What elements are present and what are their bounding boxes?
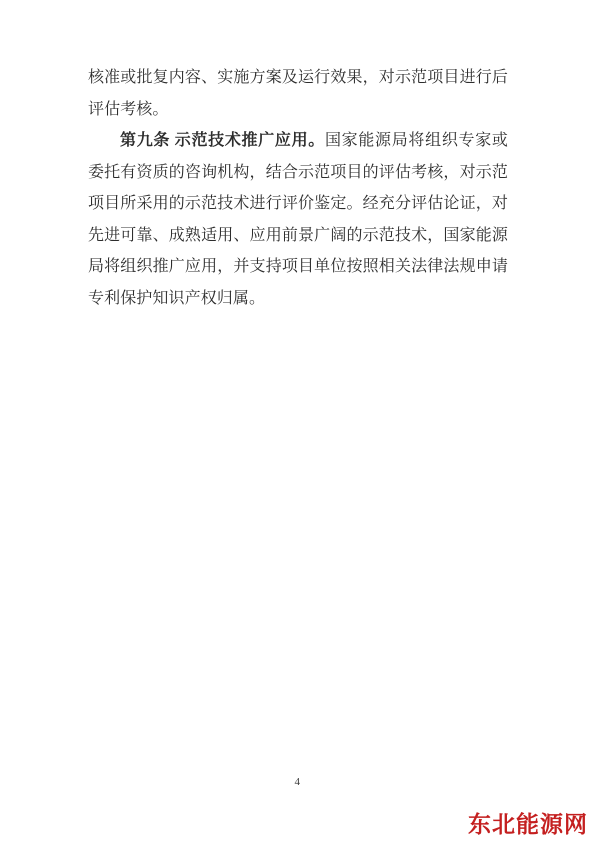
document-page: 核准或批复内容、实施方案及运行效果，对示范项目进行后评估考核。 第九条 示范技术… xyxy=(0,0,595,842)
article-9-heading: 第九条 示范技术推广应用。 xyxy=(120,132,325,149)
paragraph-continuation: 核准或批复内容、实施方案及运行效果，对示范项目进行后评估考核。 xyxy=(88,62,508,125)
page-number: 4 xyxy=(0,776,595,788)
document-body: 核准或批复内容、实施方案及运行效果，对示范项目进行后评估考核。 第九条 示范技术… xyxy=(88,62,508,314)
paragraph-article-9: 第九条 示范技术推广应用。国家能源局将组织专家或委托有资质的咨询机构，结合示范项… xyxy=(88,125,508,314)
watermark-site-name: 东北能源网 xyxy=(468,806,588,839)
article-9-body: 国家能源局将组织专家或委托有资质的咨询机构，结合示范项目的评估考核，对示范项目所… xyxy=(88,132,508,307)
